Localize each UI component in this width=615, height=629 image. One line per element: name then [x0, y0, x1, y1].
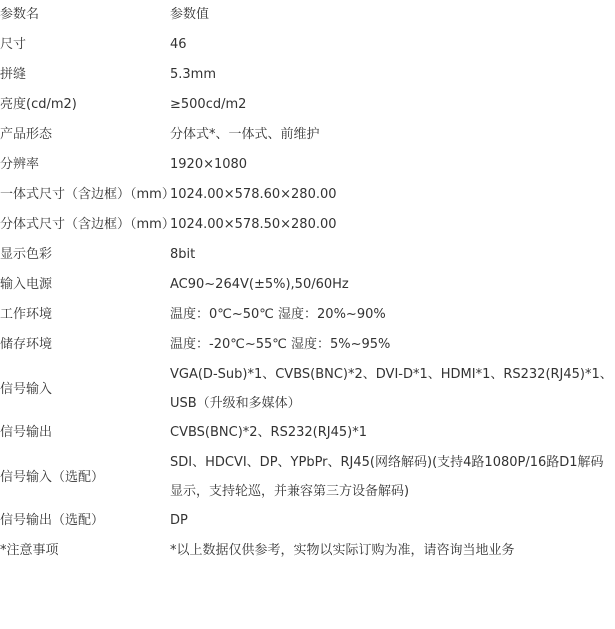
row-key: 储存环境: [0, 330, 170, 360]
table-header-row: 参数名 参数值: [0, 0, 615, 30]
row-value: 46: [170, 30, 615, 60]
row-key: 信号输入: [0, 360, 170, 418]
table-row: 显示色彩 8bit: [0, 240, 615, 270]
header-key: 参数名: [0, 0, 170, 30]
row-value: 温度：-20℃~55℃ 湿度：5%~95%: [170, 330, 615, 360]
row-key: 一体式尺寸（含边框）（mm）: [0, 180, 170, 210]
table-row: 分体式尺寸（含边框）（mm） 1024.00×578.50×280.00: [0, 210, 615, 240]
row-value: CVBS(BNC)*2、RS232(RJ45)*1: [170, 418, 615, 448]
row-value: DP: [170, 506, 615, 536]
table-row: 信号输入 VGA(D-Sub)*1、CVBS(BNC)*2、DVI-D*1、HD…: [0, 360, 615, 418]
row-key: 输入电源: [0, 270, 170, 300]
row-value: *以上数据仅供参考，实物以实际订购为准，请咨询当地业务: [170, 536, 615, 566]
row-value: 温度：0℃~50℃ 湿度：20%~90%: [170, 300, 615, 330]
table-row: 亮度(cd/m2) ≥500cd/m2: [0, 90, 615, 120]
row-value: 1024.00×578.60×280.00: [170, 180, 615, 210]
row-key: 尺寸: [0, 30, 170, 60]
row-key: 分辨率: [0, 150, 170, 180]
row-key: 信号输出（选配）: [0, 506, 170, 536]
row-value: AC90~264V(±5%),50/60Hz: [170, 270, 615, 300]
table-row: 拼缝 5.3mm: [0, 60, 615, 90]
table-row: 信号输出 CVBS(BNC)*2、RS232(RJ45)*1: [0, 418, 615, 448]
table-row: 尺寸 46: [0, 30, 615, 60]
table-row: 分辨率 1920×1080: [0, 150, 615, 180]
row-value: 5.3mm: [170, 60, 615, 90]
row-key: 工作环境: [0, 300, 170, 330]
spec-table: 参数名 参数值 尺寸 46 拼缝 5.3mm 亮度(cd/m2) ≥500cd/…: [0, 0, 615, 566]
row-value: ≥500cd/m2: [170, 90, 615, 120]
table-row: 产品形态 分体式*、一体式、前维护: [0, 120, 615, 150]
table-row: *注意事项 *以上数据仅供参考，实物以实际订购为准，请咨询当地业务: [0, 536, 615, 566]
header-value: 参数值: [170, 0, 615, 30]
table-row: 信号输出（选配） DP: [0, 506, 615, 536]
row-key: 信号输入（选配）: [0, 448, 170, 506]
row-value: VGA(D-Sub)*1、CVBS(BNC)*2、DVI-D*1、HDMI*1、…: [170, 360, 615, 418]
row-key: 产品形态: [0, 120, 170, 150]
row-key: 信号输出: [0, 418, 170, 448]
row-key: 拼缝: [0, 60, 170, 90]
row-key: 分体式尺寸（含边框）（mm）: [0, 210, 170, 240]
row-value: 分体式*、一体式、前维护: [170, 120, 615, 150]
table-row: 储存环境 温度：-20℃~55℃ 湿度：5%~95%: [0, 330, 615, 360]
row-key: 亮度(cd/m2): [0, 90, 170, 120]
row-value: 1920×1080: [170, 150, 615, 180]
row-value: SDI、HDCVI、DP、YPbPr、RJ45(网络解码)(支持4路1080P/…: [170, 448, 615, 506]
row-value: 1024.00×578.50×280.00: [170, 210, 615, 240]
table-row: 信号输入（选配） SDI、HDCVI、DP、YPbPr、RJ45(网络解码)(支…: [0, 448, 615, 506]
row-value: 8bit: [170, 240, 615, 270]
table-row: 工作环境 温度：0℃~50℃ 湿度：20%~90%: [0, 300, 615, 330]
row-key: 显示色彩: [0, 240, 170, 270]
table-row: 一体式尺寸（含边框）（mm） 1024.00×578.60×280.00: [0, 180, 615, 210]
table-row: 输入电源 AC90~264V(±5%),50/60Hz: [0, 270, 615, 300]
row-key: *注意事项: [0, 536, 170, 566]
